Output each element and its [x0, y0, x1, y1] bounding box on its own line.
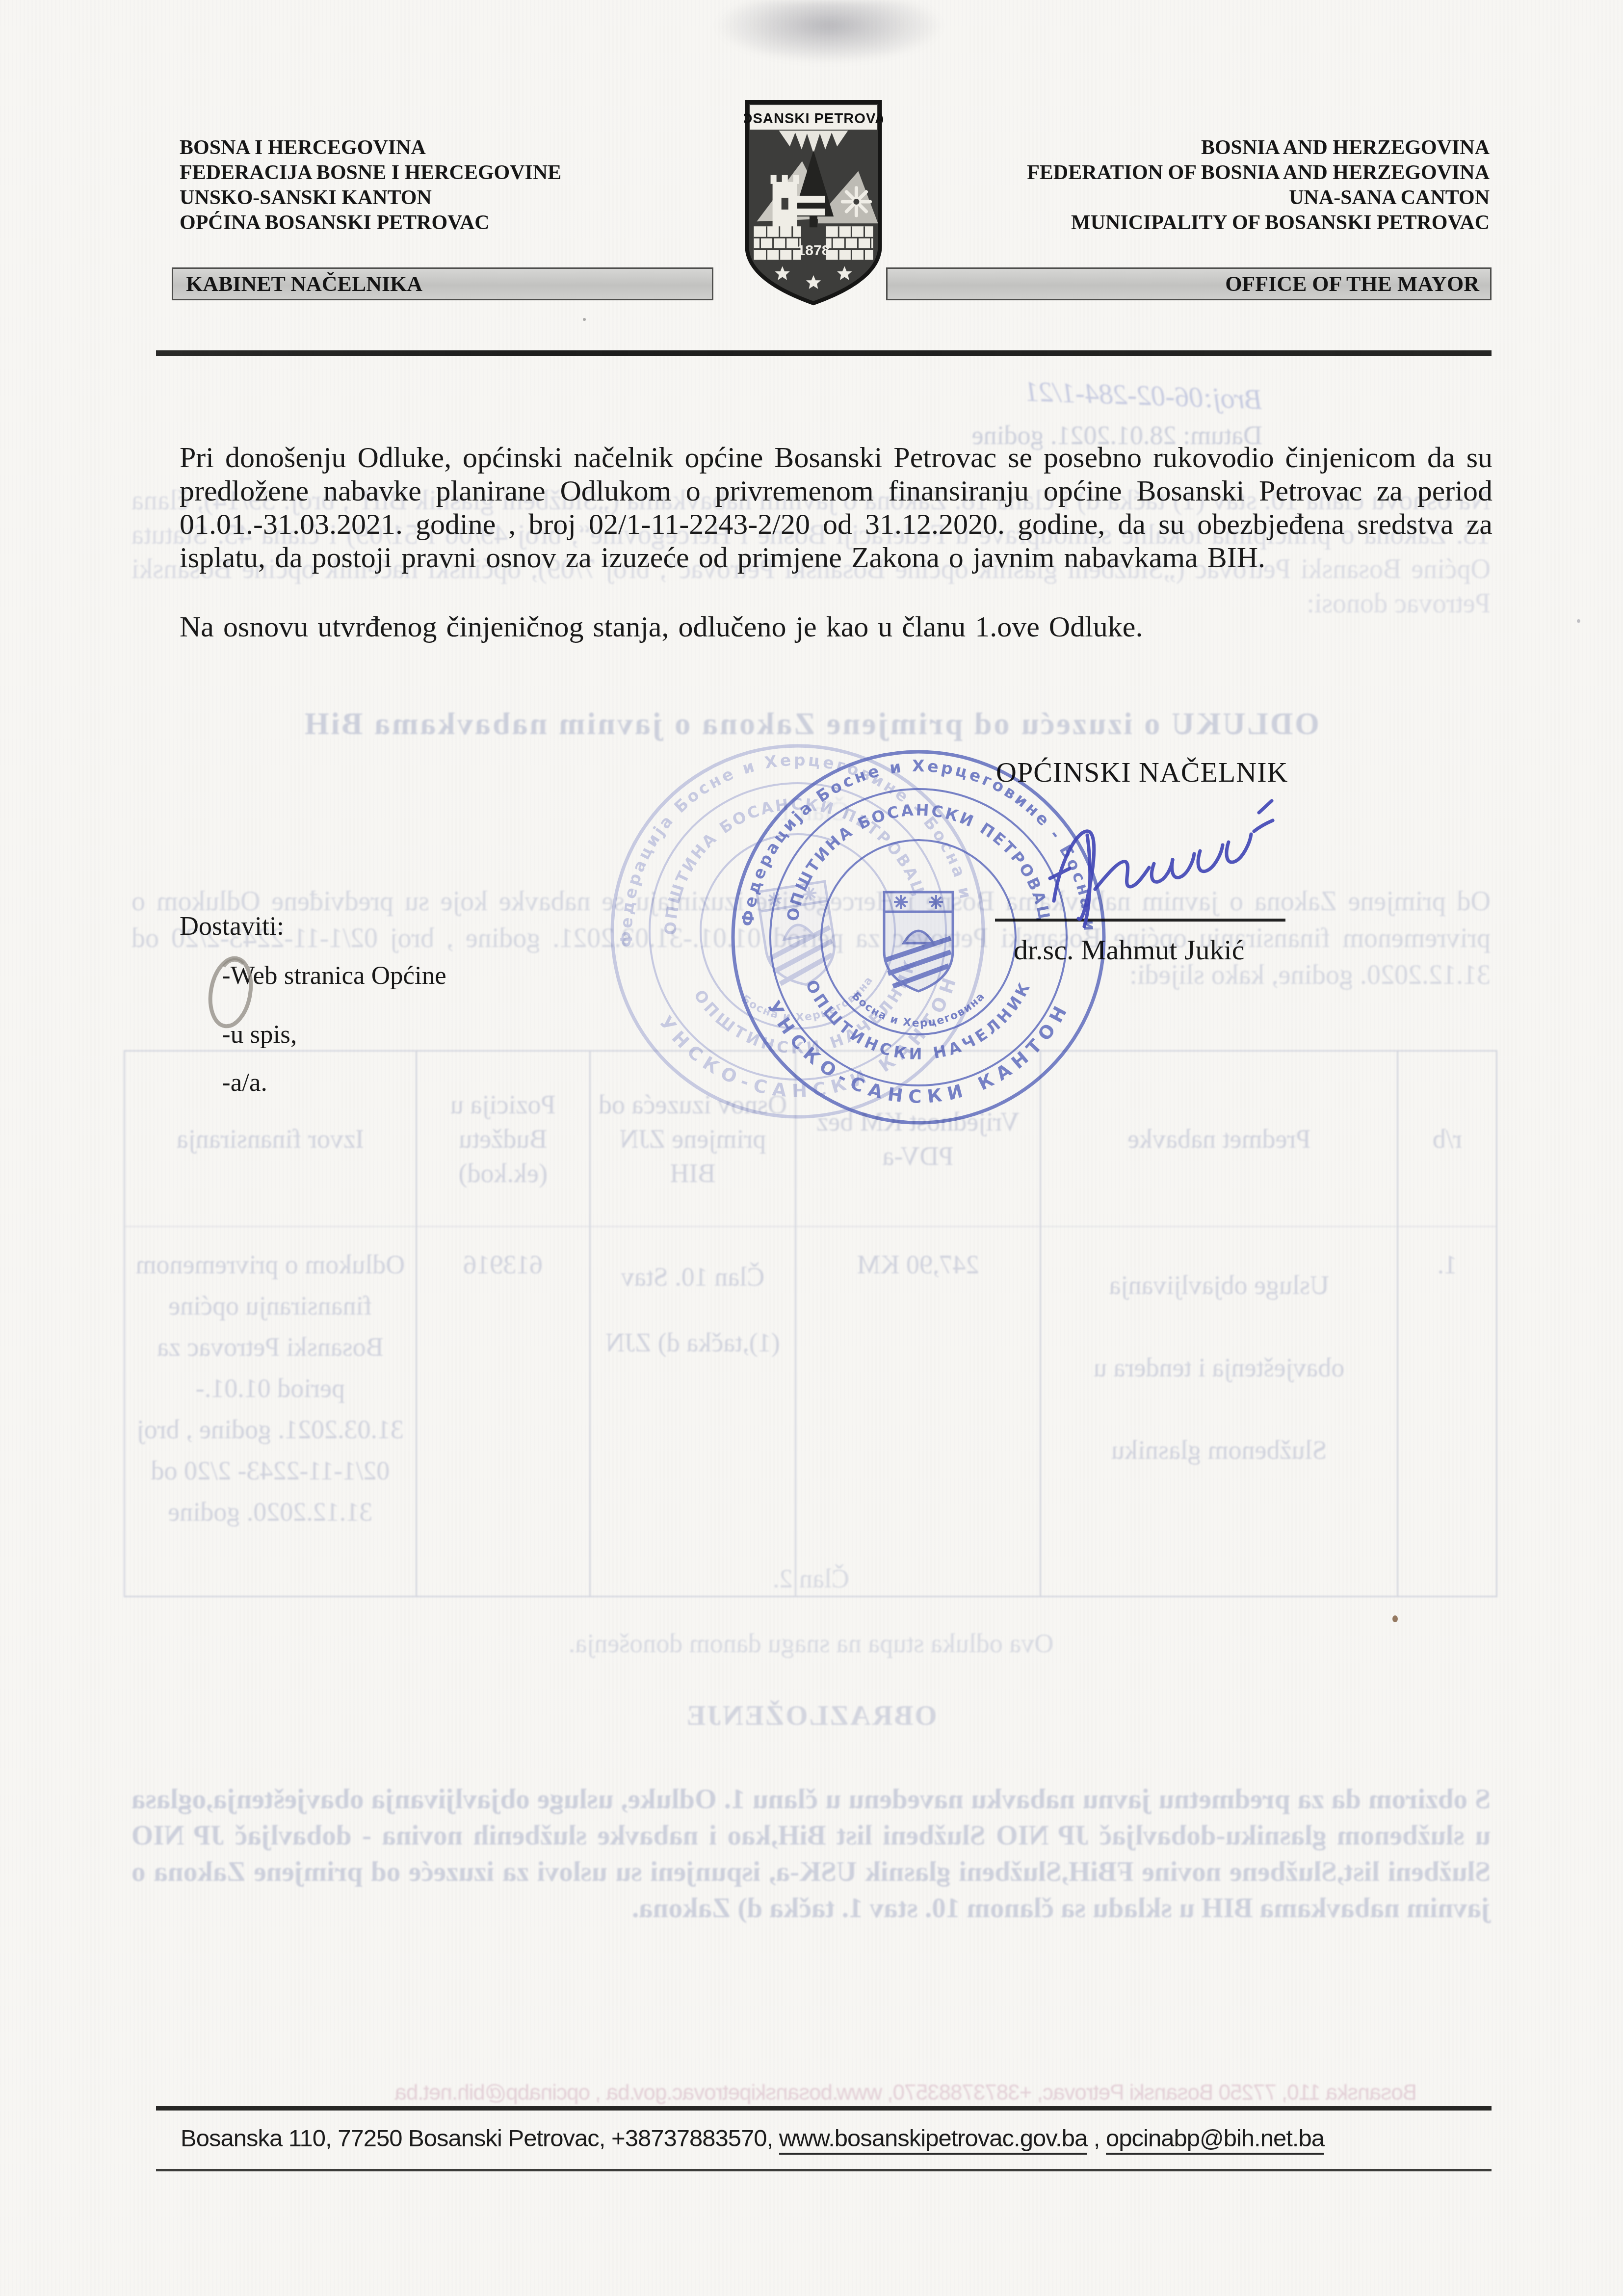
- footer-email-link[interactable]: opcinabp@bih.net.ba: [1106, 2125, 1324, 2155]
- department-bar-label: KABINET NAČELNIKA: [186, 271, 422, 296]
- ghost-th: r/b: [1398, 1052, 1496, 1227]
- ghost-td: 613916: [417, 1227, 589, 1596]
- scanned-document-page: Broj:06-02-284-1/21 Datum: 28.01.2021. g…: [0, 0, 1623, 2296]
- footer-rule-top: [156, 2106, 1492, 2111]
- mayor-signature: [1011, 795, 1315, 937]
- ghost-clan2: Član 2.: [131, 1563, 1491, 1594]
- header-line: MUNICIPALITY OF BOSANSKI PETROVAC: [1027, 211, 1490, 236]
- header-line: BOSNA I HERCEGOVINA: [180, 135, 561, 160]
- paper-speck: [1577, 619, 1580, 623]
- footer-address: Bosanska 110, 77250 Bosanski Petrovac, +…: [181, 2125, 779, 2152]
- scan-smudge: [714, 0, 944, 64]
- ghost-th: Pozicija u Budžetu (ek.kod): [417, 1052, 589, 1227]
- pen-circle-annotation: [201, 947, 265, 1040]
- footer-contact-line: Bosanska 110, 77250 Bosanski Petrovac, +…: [181, 2125, 1486, 2152]
- ghost-table-col-izvor: Izvor finansiranja Odlukom o privremenom…: [125, 1052, 416, 1596]
- paper-speck: [583, 318, 586, 321]
- body-paragraph-2: Na osnovu utvrđenog činjeničnog stanja, …: [180, 610, 1492, 643]
- header-left-block: BOSNA I HERCEGOVINA FEDERACIJA BOSNE I H…: [180, 135, 561, 236]
- ghost-td: 1.: [1398, 1227, 1496, 1596]
- header-line: FEDERACIJA BOSNE I HERCEGOVINE: [180, 160, 561, 185]
- ghost-footer-line: Bosanska 110, 77250 Bosanski Petrovac, +…: [395, 2081, 1417, 2105]
- ghost-obrazlozenje: OBRAZLOŽENJE: [131, 1699, 1491, 1732]
- body-paragraph-1: Pri donošenju Odluke, općinski načelnik …: [180, 441, 1492, 574]
- ghost-stupa: Ova odluka stupa na snagu danom donošenj…: [131, 1628, 1491, 1659]
- ghost-broj: Broj:06-02-284-1/21: [1024, 375, 1263, 416]
- footer-separator: ,: [1087, 2125, 1106, 2152]
- header-line: UNA-SANA CANTON: [1027, 185, 1490, 211]
- dostaviti-item: -a/a.: [222, 1068, 267, 1097]
- ghost-th: Izvor finansiranja: [125, 1052, 416, 1227]
- ghost-td: Usluge objavljivanja obavještenja i tend…: [1041, 1227, 1397, 1596]
- header-line: BOSNIA AND HERZEGOVINA: [1027, 135, 1490, 160]
- office-bar-label: OFFICE OF THE MAYOR: [1225, 271, 1479, 296]
- header-line: FEDERATION OF BOSNIA AND HERZEGOVINA: [1027, 160, 1490, 185]
- dostaviti-label: Dostaviti:: [180, 911, 284, 941]
- ghost-table-col-rb: r/b 1.: [1397, 1052, 1496, 1596]
- reverse-side-showthrough: Broj:06-02-284-1/21 Datum: 28.01.2021. g…: [0, 0, 1623, 2296]
- coat-of-arms-icon: BOSANSKI PETROVAC 1878: [744, 99, 883, 306]
- paper-speck: [1392, 1615, 1398, 1622]
- office-bar: OFFICE OF THE MAYOR: [886, 267, 1492, 300]
- header-right-block: BOSNIA AND HERZEGOVINA FEDERATION OF BOS…: [1027, 135, 1490, 236]
- department-bar: KABINET NAČELNIKA: [172, 267, 713, 300]
- ghost-table-col-pozicija: Pozicija u Budžetu (ek.kod) 613916: [416, 1052, 589, 1596]
- coa-year-text: 1878: [797, 242, 830, 259]
- header-rule: [156, 350, 1492, 356]
- footer-rule-bottom: [156, 2169, 1492, 2171]
- coa-title-text: BOSANSKI PETROVAC: [744, 111, 883, 127]
- footer-website-link[interactable]: www.bosanskipetrovac.gov.ba: [779, 2125, 1088, 2155]
- header-line: UNSKO-SANSKI KANTON: [180, 185, 561, 211]
- ghost-bottom-paragraph: S obzirom da za predmetnu javnu nabavku …: [131, 1781, 1491, 1927]
- ghost-td: Član 10. Stav (1),tačka d) ZJN: [591, 1227, 795, 1596]
- header-line: OPĆINA BOSANSKI PETROVAC: [180, 211, 561, 236]
- ghost-td: 247,90 KM: [796, 1227, 1040, 1596]
- ghost-td: Odlukom o privremenom finansiranju općin…: [125, 1227, 416, 1596]
